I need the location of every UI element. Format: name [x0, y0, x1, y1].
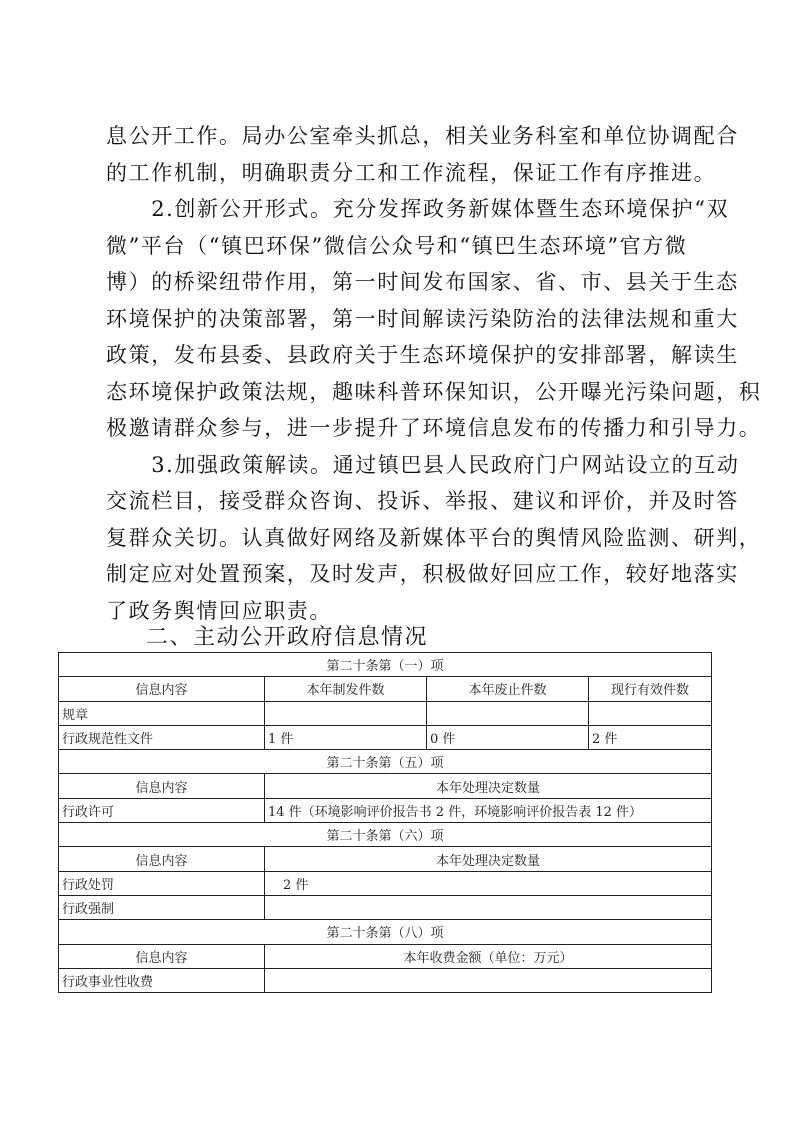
- body-line: 3.加强政策解读。通过镇巴县人民政府门户网站设立的互动: [106, 447, 716, 484]
- body-line: 态环境保护政策法规，趣味科普环保知识，公开曝光污染问题，积: [106, 374, 716, 411]
- body-line: 博）的桥梁纽带作用，第一时间发布国家、省、市、县关于生态: [106, 264, 716, 301]
- column-header: 信息内容: [59, 677, 265, 701]
- body-line: 2.创新公开形式。充分发挥政务新媒体暨生态环境保护“双: [106, 191, 716, 228]
- header-row: 信息内容 本年收费金额（单位：万元）: [59, 944, 712, 968]
- column-header: 本年废止件数: [427, 677, 589, 701]
- column-header: 本年制发件数: [265, 677, 427, 701]
- column-header: 本年处理决定数量: [265, 847, 712, 871]
- body-line: 息公开工作。局办公室牵头抓总，相关业务科室和单位协调配合: [106, 118, 716, 155]
- cell-value: [427, 701, 589, 725]
- cell-value: 2 件: [265, 871, 712, 895]
- cell-value: [265, 701, 427, 725]
- row-label: 行政许可: [59, 798, 265, 822]
- cell-value: 14 件（环境影响评价报告书 2 件，环境影响评价报告表 12 件）: [265, 798, 712, 822]
- column-header: 现行有效件数: [589, 677, 712, 701]
- section-title: 第二十条第（一）项: [59, 653, 712, 677]
- table-row: 行政处罚 2 件: [59, 871, 712, 895]
- cell-value: 0 件: [427, 725, 589, 749]
- cell-value: [265, 968, 712, 992]
- table-row: 行政事业性收费: [59, 968, 712, 992]
- row-label: 行政事业性收费: [59, 968, 265, 992]
- header-row: 信息内容 本年处理决定数量: [59, 774, 712, 798]
- row-label: 行政强制: [59, 895, 265, 919]
- cell-value: [589, 701, 712, 725]
- table-row: 规章: [59, 701, 712, 725]
- table-row: 行政强制: [59, 895, 712, 919]
- column-header: 本年收费金额（单位：万元）: [265, 944, 712, 968]
- table-row: 行政许可 14 件（环境影响评价报告书 2 件，环境影响评价报告表 12 件）: [59, 798, 712, 822]
- body-line: 复群众关切。认真做好网络及新媒体平台的舆情风险监测、研判，: [106, 520, 716, 557]
- body-paragraphs: 息公开工作。局办公室牵头抓总，相关业务科室和单位协调配合 的工作机制，明确职责分…: [106, 118, 716, 629]
- section-heading: 二、主动公开政府信息情况: [146, 620, 428, 651]
- cell-value: [265, 895, 712, 919]
- body-line: 政策，发布县委、县政府关于生态环境保护的安排部署，解读生: [106, 337, 716, 374]
- column-header: 本年处理决定数量: [265, 774, 712, 798]
- section-title: 第二十条第（六）项: [59, 823, 712, 847]
- body-line: 极邀请群众参与，进一步提升了环境信息发布的传播力和引导力。: [106, 410, 716, 447]
- section-title-row: 第二十条第（八）项: [59, 920, 712, 944]
- body-line: 环境保护的决策部署，第一时间解读污染防治的法律法规和重大: [106, 301, 716, 338]
- row-label: 行政处罚: [59, 871, 265, 895]
- section-title-row: 第二十条第（五）项: [59, 750, 712, 774]
- section-title: 第二十条第（五）项: [59, 750, 712, 774]
- body-line: 微”平台（“镇巴环保”微信公众号和“镇巴生态环境”官方微: [106, 228, 716, 265]
- header-row: 信息内容 本年制发件数 本年废止件数 现行有效件数: [59, 677, 712, 701]
- section-title: 第二十条第（八）项: [59, 920, 712, 944]
- cell-value: 2 件: [589, 725, 712, 749]
- row-label: 规章: [59, 701, 265, 725]
- section-title-row: 第二十条第（一）项: [59, 653, 712, 677]
- header-row: 信息内容 本年处理决定数量: [59, 847, 712, 871]
- column-header: 信息内容: [59, 774, 265, 798]
- cell-value: 1 件: [265, 725, 427, 749]
- body-line: 交流栏目，接受群众咨询、投诉、举报、建议和评价，并及时答: [106, 483, 716, 520]
- disclosure-table: 第二十条第（一）项 信息内容 本年制发件数 本年废止件数 现行有效件数 规章 行…: [58, 652, 712, 993]
- body-line: 的工作机制，明确职责分工和工作流程，保证工作有序推进。: [106, 155, 716, 192]
- column-header: 信息内容: [59, 944, 265, 968]
- section-title-row: 第二十条第（六）项: [59, 823, 712, 847]
- body-line: 制定应对处置预案，及时发声，积极做好回应工作，较好地落实: [106, 556, 716, 593]
- table-row: 行政规范性文件 1 件 0 件 2 件: [59, 725, 712, 749]
- column-header: 信息内容: [59, 847, 265, 871]
- row-label: 行政规范性文件: [59, 725, 265, 749]
